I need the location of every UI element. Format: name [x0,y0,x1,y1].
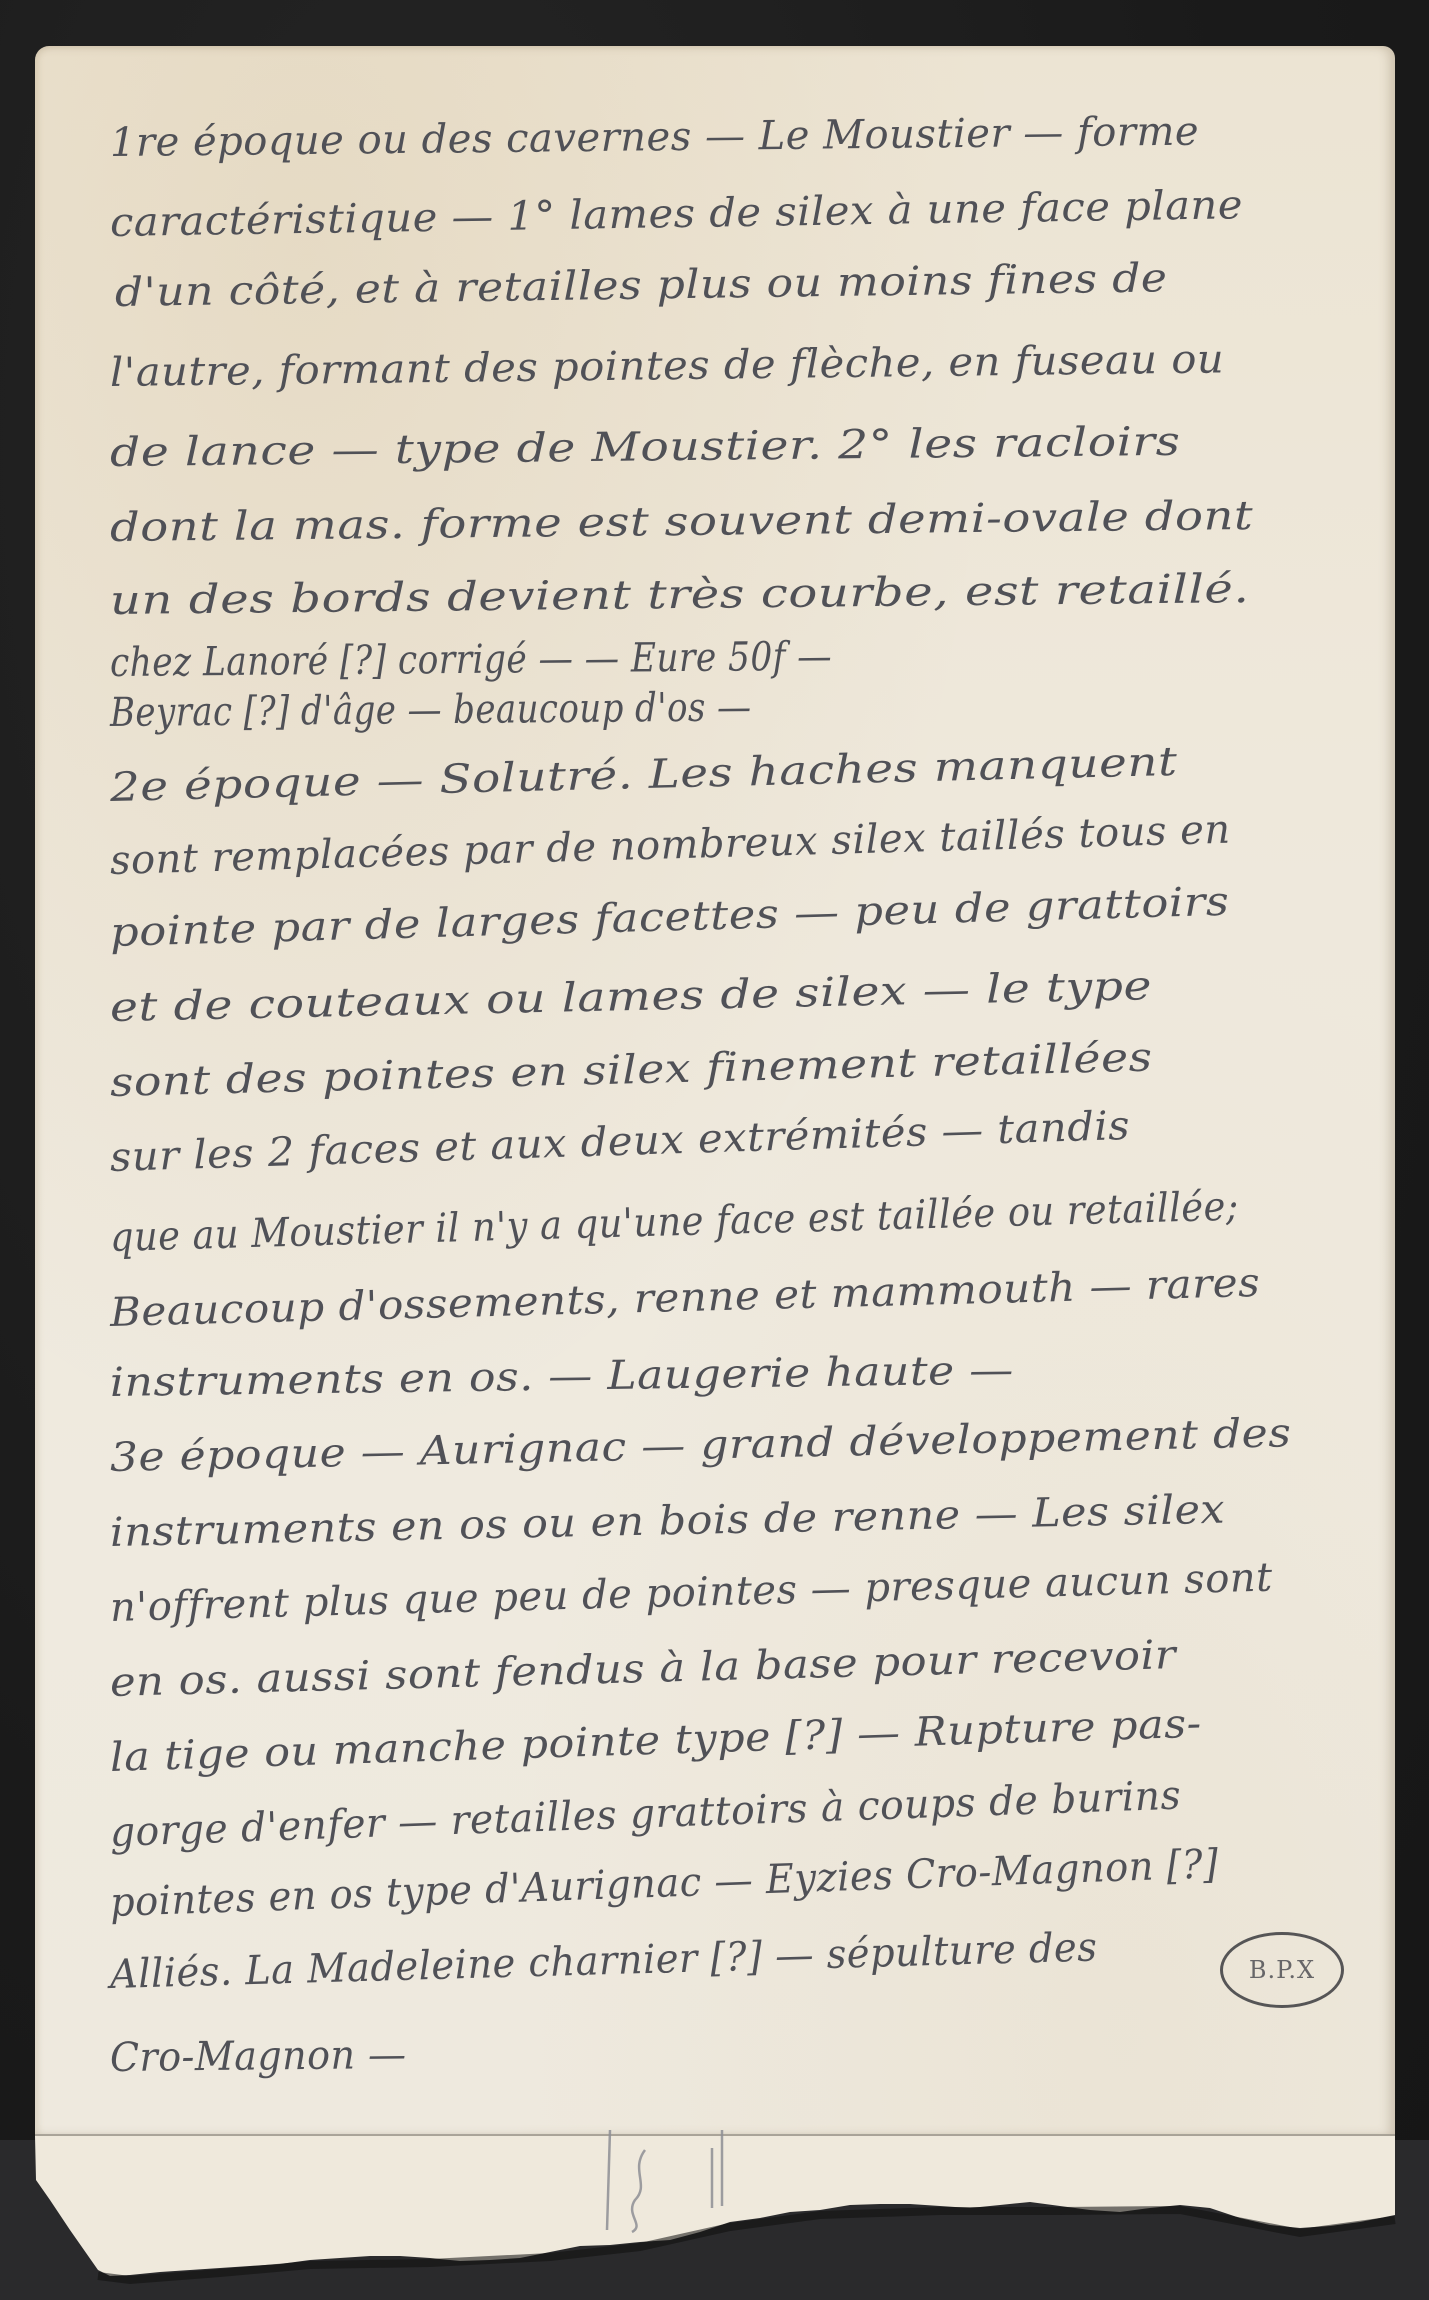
manuscript-line: chez Lanoré [?] corrigé — — Eure 50f — [110,634,832,686]
library-stamp: B.P.X [1220,1932,1344,2008]
manuscript-line: Cro-Magnon — [110,2032,407,2081]
manuscript-line: Beyrac [?] d'âge — beaucoup d'os — [110,684,752,736]
stamp-text: B.P.X [1249,1956,1315,1984]
